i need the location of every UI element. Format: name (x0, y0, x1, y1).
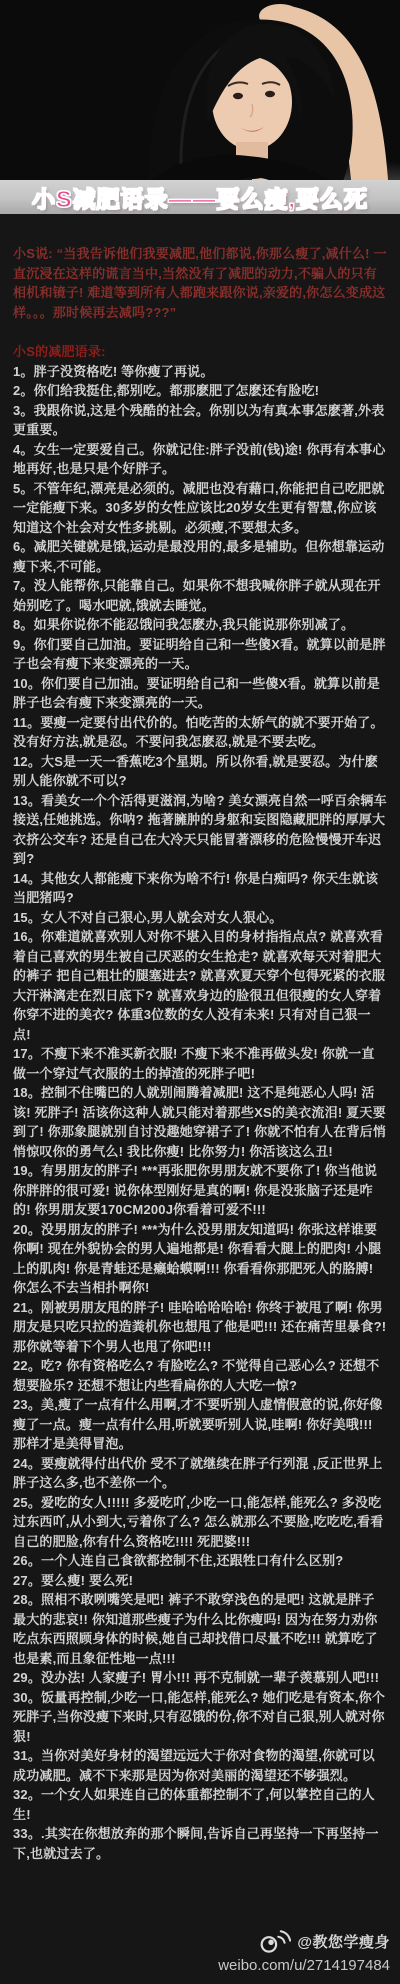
portrait-photo: 小S减肥语录——要么瘦,要么死 (0, 0, 400, 214)
quotes-content: 小S说: “当我告诉他们我要减肥,他们都说,你那么瘦了,减什么! 一直沉浸在这样… (0, 214, 400, 1863)
quote-item: 9。你们要自己加油。要证明给自己和一些傻X看。就算以前是胖子也会有瘦下来变漂亮的… (13, 635, 387, 674)
quote-item: 13。看美女一个个活得更滋润,为啥? 美女漂亮自然一呼百余辆车接送,任她挑选。你… (13, 791, 387, 869)
quote-item: 25。爱吃的女人!!!!! 多爱吃吖,少吃一口,能怎样,能死么? 多没吃过东西吖… (13, 1493, 387, 1552)
quotes-heading: 小S的减肥语录: (13, 342, 387, 362)
title-banner: 小S减肥语录——要么瘦,要么死 (0, 180, 400, 214)
quote-item: 33。.其实在你想放弃的那个瞬间,告诉自己再坚持一下再坚持一下,也就过去了。 (13, 1824, 387, 1863)
quote-item: 4。女生一定要爱自己。你就记住:胖子没前(钱)途! 你再有本事心地再好,也是只是… (13, 440, 387, 479)
quote-item: 20。没男朋友的胖子! ***为什么没男朋友知道吗! 你张这样谁要你啊! 现在外… (13, 1220, 387, 1298)
quote-item: 27。要么瘦! 要么死! (13, 1571, 387, 1591)
quote-item: 12。大S是一天一香蕉吃3个星期。所以你看,就是要忍。为什麽别人能你就不可以? (13, 752, 387, 791)
quote-item: 2。你们给我挺住,都别吃。都那麽肥了怎麽还有脸吃! (13, 381, 387, 401)
quote-item: 28。照相不敢咧嘴笑是吧! 裤子不敢穿浅色的是吧! 这就是胖子最大的悲哀!! 你… (13, 1590, 387, 1668)
quotes-list: 1。胖子没资格吃! 等你瘦了再说。2。你们给我挺住,都别吃。都那麽肥了怎麽还有脸… (13, 362, 387, 1864)
watermark-handle: @教您学瘦身 (297, 1931, 390, 1952)
watermark: @教您学瘦身 weibo.com/u/2714197484 (218, 1928, 390, 1974)
watermark-url: weibo.com/u/2714197484 (218, 1957, 390, 1974)
intro-paragraph: 小S说: “当我告诉他们我要减肥,他们都说,你那么瘦了,减什么! 一直沉浸在这样… (13, 244, 387, 322)
quote-item: 31。当你对美好身材的渴望远远大于你对食物的渴望,你就可以成功减肥。减不下来那是… (13, 1746, 387, 1785)
quote-item: 6。减肥关键就是饿,运动是最没用的,最多是辅助。但你想靠运动瘦下来,不可能。 (13, 537, 387, 576)
quote-item: 8。如果你说你不能忍饿问我怎麽办,我只能说那你别减了。 (13, 615, 387, 635)
quote-item: 1。胖子没资格吃! 等你瘦了再说。 (13, 362, 387, 382)
quote-item: 17。不瘦下来不准买新衣服! 不瘦下来不准再做头发! 你就一直做一个穿过气衣服的… (13, 1044, 387, 1083)
quote-item: 3。我跟你说,这是个残酷的社会。你别以为有真本事怎麽著,外表更重要。 (13, 401, 387, 440)
quote-item: 23。美,瘦了一点有什么用啊,才不要听别人虚情假意的说,你好像瘦了一点。瘦一点有… (13, 1395, 387, 1454)
quote-item: 30。饭量再控制,少吃一口,能怎样,能死么? 她们吃是有资本,你个死胖子,当你没… (13, 1688, 387, 1747)
quote-item: 7。没人能帮你,只能靠自己。如果你不想我喊你胖子就从现在开始别吃了。喝水吧就,饿… (13, 576, 387, 615)
weibo-eye-icon (257, 1928, 291, 1954)
quote-item: 14。其他女人都能瘦下来你为啥不行! 你是白痴吗? 你天生就该当肥猪吗? (13, 869, 387, 908)
watermark-handle-row: @教您学瘦身 (218, 1928, 390, 1954)
page-title: 小S减肥语录——要么瘦,要么死 (32, 181, 368, 214)
quote-item: 10。你们要自己加油。要证明给自己和一些傻X看。就算以前是胖子也会有瘦下来变漂亮… (13, 674, 387, 713)
quote-item: 32。一个女人如果连自己的体重都控制不了,何以掌控自己的人生! (13, 1785, 387, 1824)
quote-item: 22。吃? 你有资格吃么? 有脸吃么? 不觉得自己恶心么? 还想不想要脸乐? 还… (13, 1356, 387, 1395)
quote-item: 26。一个人连自己食欲都控制不住,还跟牲口有什么区别? (13, 1551, 387, 1571)
quote-item: 18。控制不住嘴巴的人就别闹腾着减肥! 这不是纯恶心人吗! 活该! 死胖子! 活… (13, 1083, 387, 1161)
quote-item: 5。不管年纪,漂亮是必须的。减肥也没有藉口,你能把自己吃肥就一定能瘦下来。30多… (13, 479, 387, 538)
quote-item: 16。你难道就喜欢别人对你不堪入目的身材指指点点? 就喜欢看着自己喜欢的男生被自… (13, 927, 387, 1044)
quote-item: 24。要瘦就得付出代价 受不了就继续在胖子行列混 ,反正世界上胖子这么多,也不差… (13, 1454, 387, 1493)
quote-item: 21。刚被男朋友甩的胖子! 哇哈哈哈哈哈! 你终于被甩了啊! 你男朋友是只吃只拉… (13, 1298, 387, 1357)
quote-item: 15。女人不对自己狠心,男人就会对女人狠心。 (13, 908, 387, 928)
quote-item: 11。要瘦一定要付出代价的。怕吃苦的太娇气的就不要开始了。没有好方法,就是忍。不… (13, 713, 387, 752)
quote-item: 29。没办法! 人家瘦子! 胃小!!! 再不克制就一辈子羡慕别人吧!!! (13, 1668, 387, 1688)
weibo-image-post: 小S减肥语录——要么瘦,要么死 小S说: “当我告诉他们我要减肥,他们都说,你那… (0, 0, 400, 1984)
quote-item: 19。有男朋友的胖子! ***再张肥你男朋友就不要你了! 你当他说你胖胖的很可爱… (13, 1161, 387, 1220)
